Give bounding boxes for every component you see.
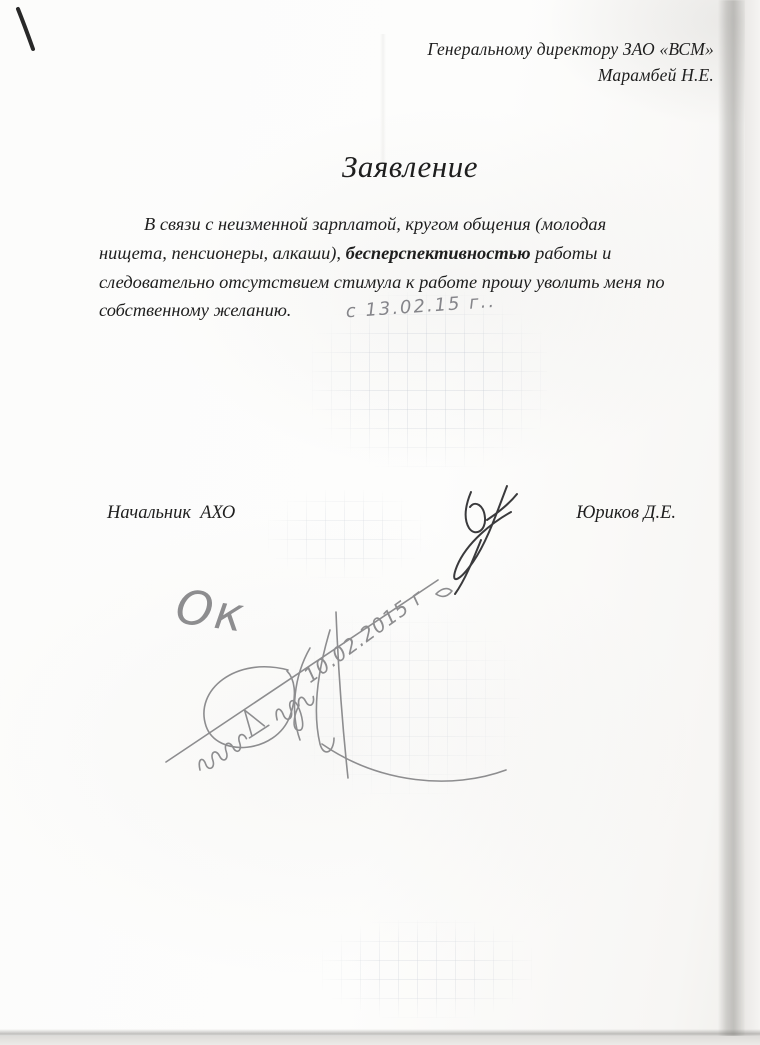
signature-position-label: Начальник АХО — [107, 503, 235, 524]
signatory-name: Юриков Д.Е. — [576, 503, 676, 524]
page-title: Заявление — [130, 149, 690, 185]
paper-crease — [380, 34, 386, 164]
scan-right-margin-strip — [745, 0, 760, 1036]
pen-stroke-mark — [0, 0, 60, 70]
body-paragraph: В связи с неизменной зарплатой, кругом о… — [99, 210, 677, 325]
graph-paper-showthrough — [322, 920, 532, 1018]
handwritten-effective-date: с 13.02.15 г.. — [291, 288, 498, 331]
recipient-line1: Генеральному директору ЗАО «ВСМ» — [427, 36, 714, 62]
resolution-scribble — [140, 552, 540, 807]
recipient-block: Генеральному директору ЗАО «ВСМ» Марамбе… — [427, 36, 714, 88]
scanned-document: { "letter": { "recipient": { "line1": "Г… — [0, 0, 760, 1045]
scanner-background-bottom — [0, 1036, 760, 1045]
scan-shadow-bottom-edge — [0, 1029, 760, 1036]
body-bold-word: бесперспективностью — [346, 243, 531, 263]
scan-shadow-right-band — [718, 0, 745, 1036]
recipient-line2: Марамбей Н.Е. — [427, 62, 714, 88]
